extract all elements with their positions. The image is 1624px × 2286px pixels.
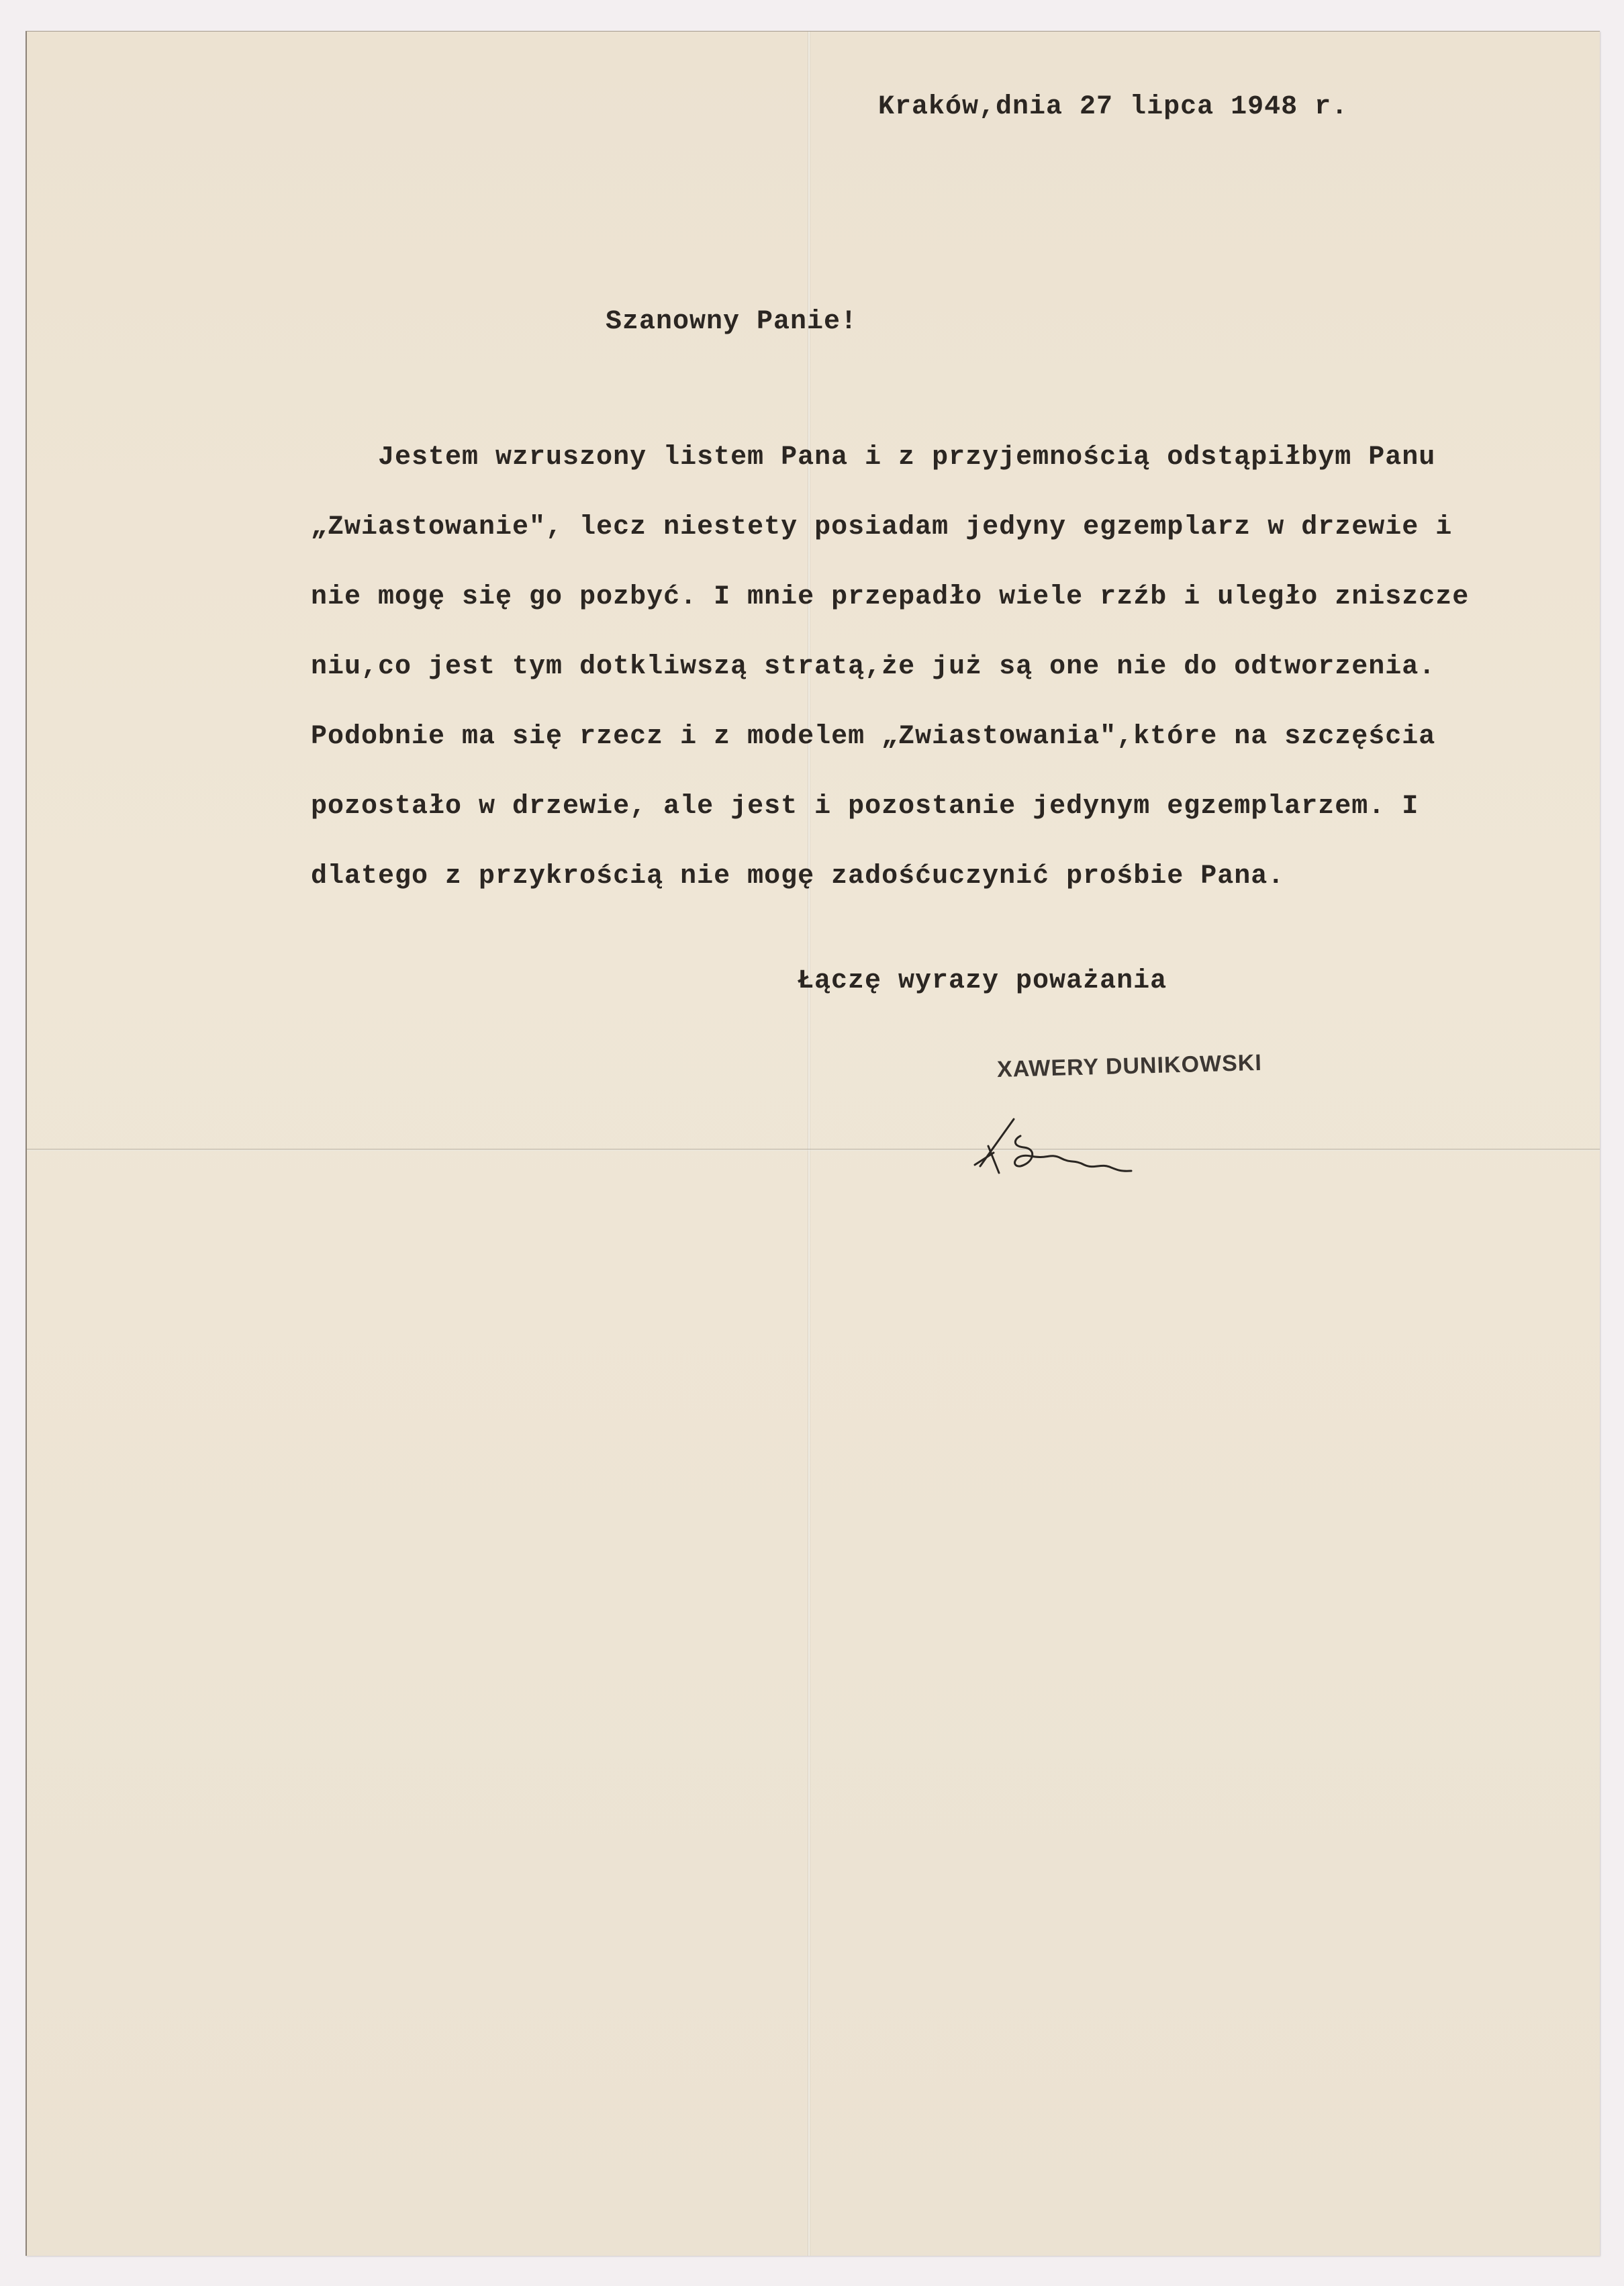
- vertical-fold-line: [808, 32, 810, 2256]
- name-stamp: XAWERY DUNIKOWSKI: [997, 1050, 1263, 1083]
- body-line-6: pozostało w drzewie, ale jest i pozostan…: [311, 792, 1419, 822]
- body-line-7: dlatego z przykrością nie mogę zadośćucz…: [311, 861, 1284, 892]
- signature-icon: [973, 1106, 1255, 1180]
- closing-line: Łączę wyrazy poważania: [798, 966, 1167, 996]
- body-line-1: Jestem wzruszony listem Pana i z przyjem…: [311, 442, 1435, 473]
- body-line-4: niu,co jest tym dotkliwszą stratą,że już…: [311, 652, 1435, 682]
- horizontal-fold-line: [27, 1149, 1600, 1151]
- letter-paper: Kraków,dnia 27 lipca 1948 r. Szanowny Pa…: [26, 31, 1600, 2256]
- body-line-5: Podobnie ma się rzecz i z modelem „Zwias…: [311, 722, 1435, 752]
- body-line-3: nie mogę się go pozbyć. I mnie przepadło…: [311, 582, 1469, 612]
- date-line: Kraków,dnia 27 lipca 1948 r.: [878, 92, 1348, 122]
- salutation: Szanowny Panie!: [606, 307, 857, 337]
- body-line-2: „Zwiastowanie", lecz niestety posiadam j…: [311, 512, 1452, 542]
